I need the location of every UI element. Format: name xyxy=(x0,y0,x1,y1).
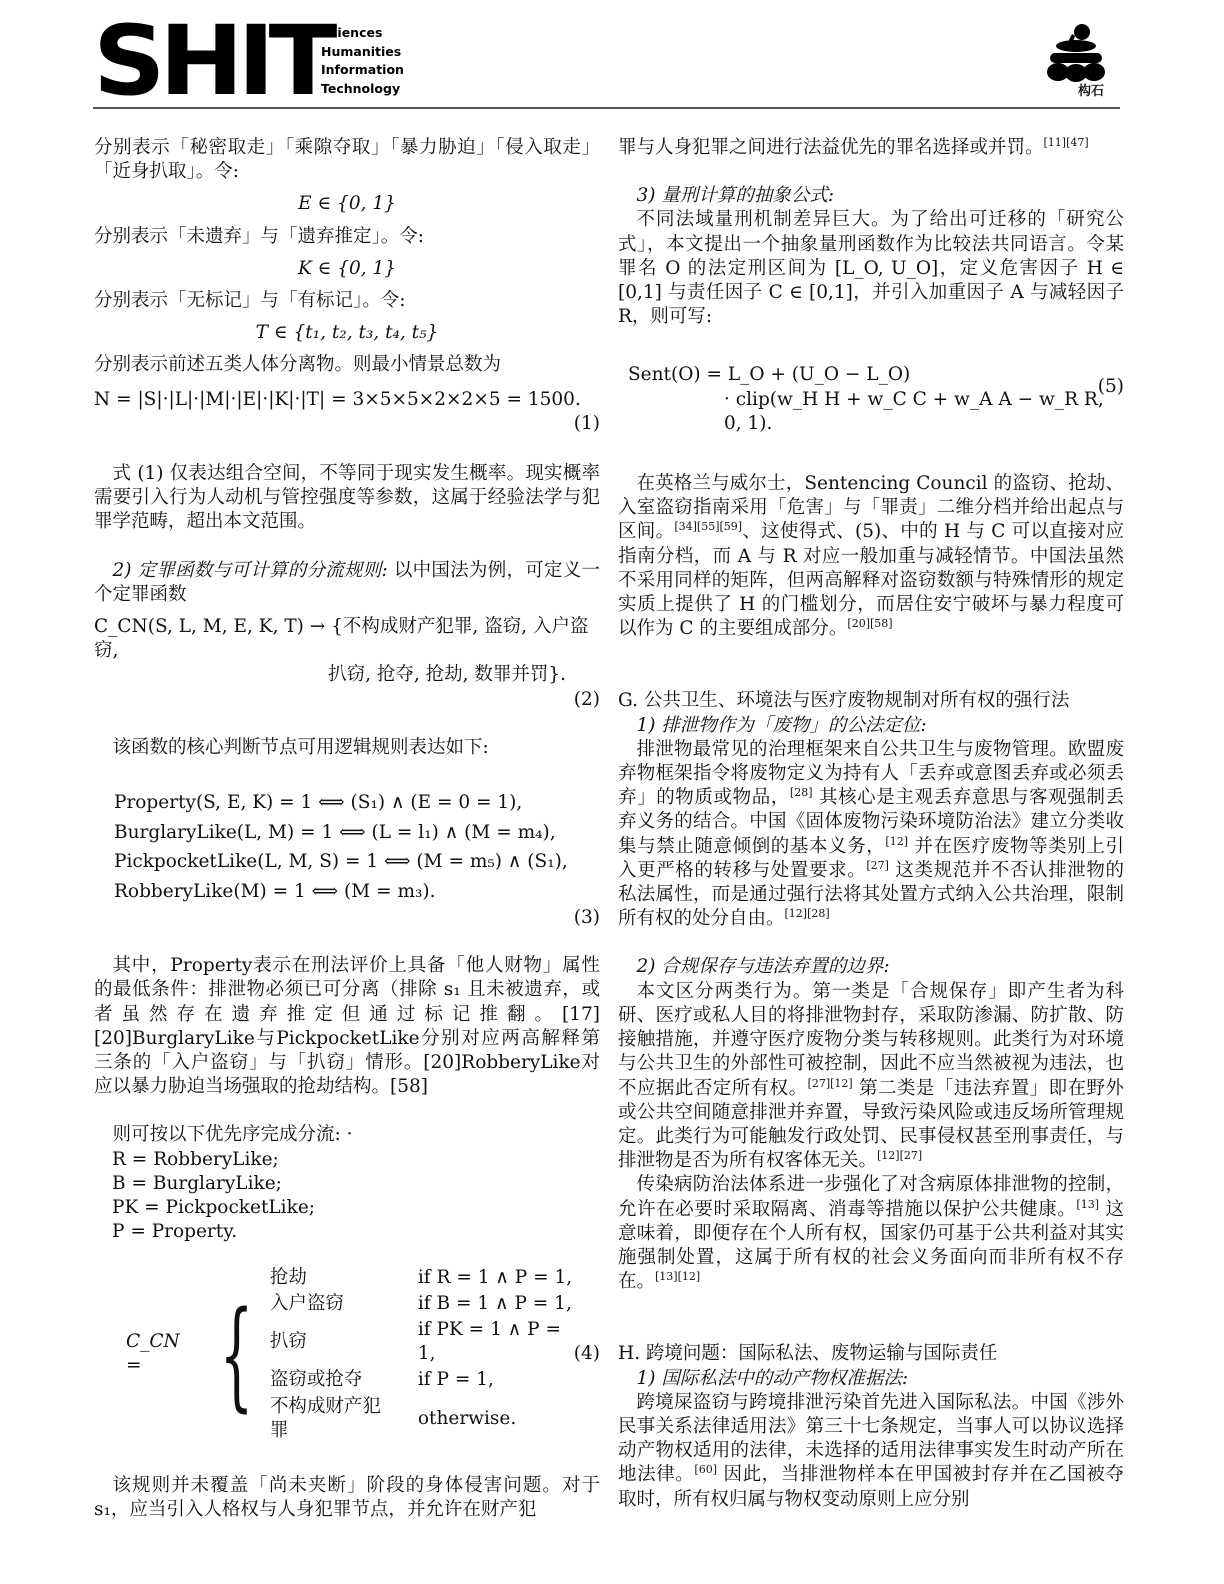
paragraph: 传染病防治法体系进一步强化了对含病原体排泄物的控制，允许在必要时采取隔离、消毒等… xyxy=(618,1173,1124,1294)
section-title: H. 跨境问题：国际私法、废物运输与国际责任 xyxy=(618,1343,997,1364)
subsection-3-title: 3) 量刑计算的抽象公式: xyxy=(618,184,1124,208)
paragraph: 跨境屎盗窃与跨境排泄污染首先进入国际私法。中国《涉外民事关系法律适用法》第三十七… xyxy=(618,1391,1124,1512)
right-column: 罪与人身犯罪之间进行法益优先的罪名选择或并罚。[11][47] 3) 量刑计算的… xyxy=(618,136,1124,1512)
journal-logo-subtitle: Sciences Humanities Information Technolo… xyxy=(321,24,404,98)
equation-T: T ∈ {t₁, t₂, t₃, t₄, t₅} xyxy=(94,321,600,345)
paragraph: 本文区分两类行为。第一类是「合规保存」即产生者为科研、医疗或私人目的将排泄物封存… xyxy=(618,980,1124,1174)
paragraph: 分别表示「未遗弃」与「遗弃推定」。令: xyxy=(94,225,600,249)
section-title: G. 公共卫生、环境法与医疗废物规制对所有权的强行法 xyxy=(618,690,1069,711)
citation: [20][58] xyxy=(847,617,892,630)
equation-5: Sent(O) = L_O + (U_O − L_O) · clip(w_H H… xyxy=(618,363,1124,436)
case-condition: if R = 1 ∧ P = 1, xyxy=(382,1265,574,1291)
case-label: 抢劫 xyxy=(270,1265,382,1291)
text: 罪与人身犯罪之间进行法益优先的罪名选择或并罚。 xyxy=(618,137,1044,158)
subsection-G2-title: 2) 合规保存与违法弃置的边界: xyxy=(618,955,1124,979)
logo-line: Humanities xyxy=(321,43,404,62)
paragraph: 在英格兰与威尔士，Sentencing Council 的盗窃、抢劫、入室盗窃指… xyxy=(618,472,1124,641)
case-condition: if B = 1 ∧ P = 1, xyxy=(382,1291,574,1317)
paragraph: 分别表示前述五类人体分离物。则最小情景总数为 xyxy=(94,353,600,377)
definition: P = Property. xyxy=(112,1220,600,1244)
definition: R = RobberyLike; xyxy=(112,1148,600,1172)
cases-table: 抢劫if R = 1 ∧ P = 1, 入户盗窃if B = 1 ∧ P = 1… xyxy=(270,1265,574,1444)
definition: B = BurglaryLike; xyxy=(112,1172,600,1196)
citation: [13] xyxy=(1076,1197,1099,1210)
equation-2: C_CN(S, L, M, E, K, T) → {不构成财产犯罪, 盗窃, 入… xyxy=(94,615,600,712)
equation-line: · clip(w_H H + w_C C + w_A A − w_R R, 0,… xyxy=(628,388,1124,436)
citation: [11][47] xyxy=(1044,136,1089,149)
case-condition: if PK = 1 ∧ P = 1, xyxy=(382,1317,574,1367)
paragraph: 排泄物最常见的治理框架来自公共卫生与废物管理。欧盟废弃物框架指令将废物定义为持有… xyxy=(618,738,1124,932)
equation-E: E ∈ {0, 1} xyxy=(94,192,600,216)
subsection-H1-title: 1) 国际私法中的动产物权准据法: xyxy=(618,1367,1124,1391)
paragraph: 则可按以下优先序完成分流: · xyxy=(94,1123,600,1147)
citation: [12][27] xyxy=(877,1149,922,1162)
section-G-title: G. 公共卫生、环境法与医疗废物规制对所有权的强行法 xyxy=(618,689,1124,713)
equation-number: (5) xyxy=(1098,375,1124,399)
subsection-2: 2) 定罪函数与可计算的分流规则: 以中国法为例，可定义一个定罪函数 xyxy=(94,559,600,607)
paragraph: 罪与人身犯罪之间进行法益优先的罪名选择或并罚。[11][47] xyxy=(618,136,1124,160)
case-label: 入户盗窃 xyxy=(270,1291,382,1317)
equation-3: Property(S, E, K) = 1 ⟺ (S₁) ∧ (E = 0 = … xyxy=(94,788,600,906)
equation-line: 扒窃, 抢夺, 抢劫, 数罪并罚}. xyxy=(94,663,600,687)
equation-line: Sent(O) = L_O + (U_O − L_O) xyxy=(628,363,1124,387)
case-condition: otherwise. xyxy=(382,1394,574,1444)
equation-line: RobberyLike(M) = 1 ⟺ (M = m₃). xyxy=(114,877,600,907)
section-H-title: H. 跨境问题：国际私法、废物运输与国际责任 xyxy=(618,1342,1124,1366)
citation: [28] xyxy=(790,786,813,799)
citation: [12] xyxy=(885,835,908,848)
paragraph: 分别表示「无标记」与「有标记」。令: xyxy=(94,289,600,313)
equation-line: C_CN(S, L, M, E, K, T) → {不构成财产犯罪, 盗窃, 入… xyxy=(94,615,600,663)
equation-line: PickpocketLike(L, M, S) = 1 ⟺ (M = m₅) ∧… xyxy=(114,847,600,877)
equation-line: BurglaryLike(L, M) = 1 ⟺ (L = l₁) ∧ (M =… xyxy=(114,818,600,848)
subsection-title: 2) 定罪函数与可计算的分流规则: xyxy=(113,560,388,581)
case-label: 盗窃或抢夺 xyxy=(270,1367,382,1393)
header-divider xyxy=(93,107,1120,109)
equation-number: (2) xyxy=(94,688,600,712)
paragraph: 不同法域量刑机制差异巨大。为了给出可迁移的「研究公式」，本文提出一个抽象量刑函数… xyxy=(618,208,1124,329)
logo-line: Information xyxy=(321,61,404,80)
equation-number: (1) xyxy=(94,412,600,436)
left-column: 分别表示「秘密取走」「乘隙夺取」「暴力胁迫」「侵入取走」「近身扒取」。令: E … xyxy=(94,136,600,1522)
definitions-list: R = RobberyLike; B = BurglaryLike; PK = … xyxy=(94,1148,600,1245)
page-header: SHIT Sciences Humanities Information Tec… xyxy=(93,20,1120,110)
journal-logo: SHIT xyxy=(93,20,331,102)
equation-lhs: C_CN = xyxy=(126,1330,195,1378)
paragraph: 该函数的核心判断节点可用逻辑规则表达如下: xyxy=(94,736,600,760)
citation: [12][28] xyxy=(785,907,830,920)
brace: { xyxy=(219,1295,253,1413)
citation: [60] xyxy=(694,1463,717,1476)
logo-line: Technology xyxy=(321,80,404,99)
paragraph: 式 (1) 仅表达组合空间，不等同于现实发生概率。现实概率需要引入行为人动机与管… xyxy=(94,462,600,535)
logo-line: Sciences xyxy=(321,24,404,43)
equation-line: Property(S, E, K) = 1 ⟺ (S₁) ∧ (E = 0 = … xyxy=(114,788,600,818)
citation: [34][55][59] xyxy=(674,520,742,533)
case-label: 不构成财产犯罪 xyxy=(270,1394,382,1444)
citation: [27][12] xyxy=(808,1076,853,1089)
citation: [27] xyxy=(866,859,889,872)
equation-number: (4) xyxy=(574,1342,600,1366)
subsection-G1-title: 1) 排泄物作为「废物」的公法定位: xyxy=(618,714,1124,738)
definition: PK = PickpocketLike; xyxy=(112,1196,600,1220)
case-label: 扒窃 xyxy=(270,1317,382,1367)
equation-4: C_CN = { 抢劫if R = 1 ∧ P = 1, 入户盗窃if B = … xyxy=(126,1265,600,1444)
equation-K: K ∈ {0, 1} xyxy=(94,257,600,281)
paragraph: 该规则并未覆盖「尚未夹断」阶段的身体侵害问题。对于 s₁，应当引入人格权与人身犯… xyxy=(94,1474,600,1522)
equation-number: (3) xyxy=(94,906,600,930)
citation: [13][12] xyxy=(655,1270,700,1283)
paragraph: 其中，Property表示在刑法评价上具备「他人财物」属性的最低条件：排泄物必须… xyxy=(94,954,600,1099)
emblem-label: 构石 xyxy=(1078,80,1104,99)
paragraph: 分别表示「秘密取走」「乘隙夺取」「暴力胁迫」「侵入取走」「近身扒取」。令: xyxy=(94,136,600,184)
case-condition: if P = 1, xyxy=(382,1367,574,1393)
text: 传染病防治法体系进一步强化了对含病原体排泄物的控制，允许在必要时采取隔离、消毒等… xyxy=(618,1174,1124,1219)
equation-1: N = |S|·|L|·|M|·|E|·|K|·|T| = 3×5×5×2×2×… xyxy=(94,388,600,412)
